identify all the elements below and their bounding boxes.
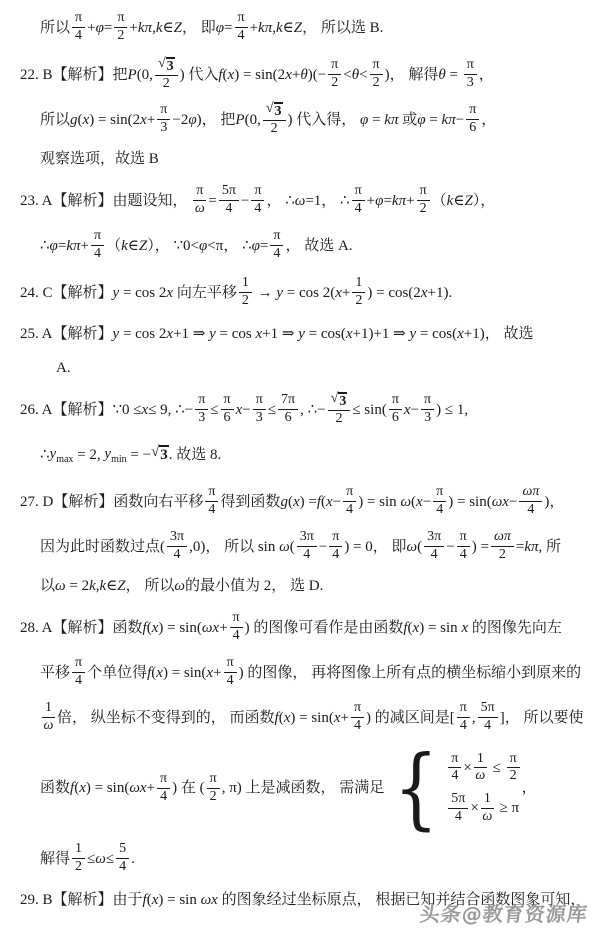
fraction-denominator: 2: [355, 293, 362, 309]
math-variable: x: [152, 619, 159, 637]
fraction: π4: [72, 11, 85, 43]
radical-sign: √: [158, 57, 166, 71]
math-variable: φ: [252, 237, 260, 255]
fraction-denominator: 4: [355, 201, 362, 217]
subscript: min: [111, 454, 127, 465]
fraction: 3π4: [167, 530, 187, 562]
text-run: ) 的图像， 再将图像上所有点的横坐标缩小到原来的: [239, 664, 582, 682]
text-run: <: [343, 66, 351, 84]
math-variable: x: [256, 325, 263, 343]
fraction-denominator: 6: [392, 410, 399, 426]
math-variable: φ: [375, 192, 383, 210]
text-run: =: [224, 19, 232, 37]
text-run: 函数: [40, 779, 70, 797]
fraction: √32: [155, 57, 178, 92]
math-variable: x: [404, 401, 411, 419]
text-run: 22. B【解析】把: [20, 66, 128, 84]
text-run: ×: [470, 799, 478, 817]
text-run: ，: [481, 111, 496, 129]
text-run: ∈: [453, 192, 464, 210]
math-variable: x: [206, 664, 213, 682]
text-run: +: [219, 619, 227, 637]
math-variable: ω: [295, 192, 306, 210]
fraction-denominator: 4: [273, 246, 280, 262]
fraction-denominator: 4: [119, 859, 126, 875]
math-variable: Z: [117, 577, 125, 595]
subscripted-variable: ymax: [50, 445, 74, 465]
text-run: 29. B【解析】由于: [20, 891, 143, 909]
fraction: π4: [352, 184, 365, 216]
fraction: π4: [448, 752, 461, 784]
fraction: π3: [195, 393, 208, 425]
fraction-numerator: 5π: [219, 184, 239, 201]
fraction-denominator: 4: [254, 201, 261, 217]
math-variable: θ: [352, 66, 359, 84]
text-run: ) 代入: [180, 66, 219, 84]
fraction: π4: [205, 485, 218, 517]
fraction-denominator: 4: [94, 246, 101, 262]
radicand: 3: [159, 445, 169, 464]
fraction-denominator: 4: [225, 201, 232, 217]
fraction-denominator: 2: [210, 789, 217, 805]
text-run: (: [290, 538, 295, 556]
text-run: A.: [56, 359, 71, 377]
text-run: =: [516, 538, 524, 556]
fraction: √32: [263, 102, 286, 137]
fraction-numerator: π: [251, 184, 264, 201]
math-variable: kπ: [66, 237, 80, 255]
fraction: π4: [457, 530, 470, 562]
text-run: , ∴−: [300, 401, 326, 419]
fraction: π3: [253, 393, 266, 425]
fraction-numerator: √3: [263, 102, 286, 121]
math-variable: θ: [438, 66, 445, 84]
math-variable: ω: [44, 719, 54, 734]
text-run: =: [368, 111, 384, 129]
text-run: ≤: [87, 850, 95, 868]
fraction-numerator: 5π: [478, 701, 498, 718]
text-run: 向左平移: [173, 284, 237, 302]
fraction-numerator: 3π: [167, 530, 187, 547]
watermark: 头条@教育资源库: [418, 898, 589, 927]
text-run: (0,: [137, 66, 153, 84]
math-variable: φ: [96, 19, 104, 37]
fraction: π3: [421, 393, 434, 425]
fraction-denominator: 3: [424, 410, 431, 426]
math-line: 解得12≤ω≤54.: [0, 836, 596, 881]
text-run: =: [208, 192, 216, 210]
text-run: ) = sin(2: [234, 66, 285, 84]
math-variable: x: [461, 619, 468, 637]
math-variable: k: [121, 237, 128, 255]
math-variable: ωx: [129, 779, 146, 797]
text-run: ≥ π: [496, 799, 519, 817]
fraction-numerator: 3π: [297, 530, 317, 547]
math-variable: x: [457, 325, 464, 343]
equation-system: {π4×1ω ≤ π25π4×1ω ≥ π: [388, 752, 521, 825]
fraction: π4: [72, 656, 85, 688]
text-run: →: [254, 284, 277, 302]
fraction-denominator: 4: [75, 673, 82, 689]
text-run: 27. D【解析】函数向右平移: [20, 493, 203, 511]
math-line: 22. B【解析】把P(0,√32) 代入f(x) = sin(2x+θ)(−π…: [0, 52, 596, 97]
fraction: π4: [224, 656, 237, 688]
fraction-numerator: 1: [42, 701, 55, 718]
text-run: −: [423, 493, 431, 511]
text-run: 所以: [40, 111, 70, 129]
fraction-numerator: π: [195, 393, 208, 410]
fraction: 1ω: [42, 701, 55, 733]
math-variable: y: [409, 325, 416, 343]
text-run: 28. A【解析】函数: [20, 619, 143, 637]
text-run: ,0)， 所以 sin: [189, 538, 279, 556]
text-run: ， 即: [182, 19, 216, 37]
text-run: ∴: [40, 237, 50, 255]
math-variable: x: [293, 493, 300, 511]
fraction-numerator: π: [253, 393, 266, 410]
text-run: )(−: [308, 66, 326, 84]
math-variable: P: [128, 66, 137, 84]
fraction: π2: [114, 11, 127, 43]
math-line: 25. A【解析】y = cos 2x+1 ⇒ y = cos x+1 ⇒ y …: [0, 317, 596, 351]
math-line: 观察选项，故选 B: [0, 142, 596, 176]
fraction-numerator: π: [72, 11, 85, 28]
text-run: +: [87, 19, 95, 37]
text-run: ,: [472, 709, 476, 727]
text-run: )， 把: [197, 111, 236, 129]
fraction-denominator: 4: [436, 502, 443, 518]
subscript: max: [56, 454, 73, 465]
text-run: +: [341, 709, 349, 727]
math-variable: ωx: [201, 891, 218, 909]
text-run: +: [250, 19, 258, 37]
fraction: 5π4: [219, 184, 239, 216]
math-variable: kπ: [392, 192, 406, 210]
math-variable: ω: [195, 202, 205, 217]
text-run: ) = sin: [358, 493, 400, 511]
text-run: <π， ∴: [207, 237, 251, 255]
text-run: −: [319, 538, 327, 556]
fraction-denominator: 2: [335, 411, 342, 427]
fraction-numerator: 1: [481, 792, 494, 809]
math-variable: ωπ: [522, 485, 539, 500]
math-variable: kπ: [524, 538, 538, 556]
fraction-denominator: ω: [482, 809, 492, 825]
math-variable: x: [79, 779, 86, 797]
text-run: ) = sin(: [448, 493, 491, 511]
math-variable: kπ: [138, 19, 152, 37]
fraction: π4: [230, 611, 243, 643]
fraction-numerator: π: [417, 184, 430, 201]
fraction-numerator: π: [235, 11, 248, 28]
sqrt-radical: √3: [266, 102, 283, 119]
fraction-numerator: π: [72, 656, 85, 673]
math-variable: y: [113, 284, 120, 302]
fraction-numerator: 5: [116, 842, 129, 859]
text-run: −: [456, 111, 464, 129]
text-run: +1)， 故选: [464, 325, 534, 343]
fraction: 5π4: [478, 701, 498, 733]
fraction-numerator: π: [114, 11, 127, 28]
fraction: 1ω: [474, 752, 487, 784]
text-run: ×: [463, 759, 471, 777]
math-variable: φ: [216, 19, 224, 37]
text-run: = cos: [216, 325, 256, 343]
fraction-numerator: π: [457, 701, 470, 718]
math-line: 以ω = 2k,k∈Z， 所以ω的最小值为 2， 选 D.: [0, 569, 596, 603]
text-run: +: [213, 664, 221, 682]
text-run: +: [81, 237, 89, 255]
text-run: （: [432, 192, 447, 210]
math-variable: kπ: [384, 111, 398, 129]
text-run: ) 在 (: [172, 779, 205, 797]
sqrt-radical: √3: [158, 57, 175, 74]
text-run: ) = sin(: [290, 709, 333, 727]
fraction: π4: [457, 701, 470, 733]
text-run: .: [131, 850, 135, 868]
math-line: 平移π4个单位得f(x) = sin(x+π4) 的图像， 再将图像上所有点的横…: [0, 650, 596, 695]
fraction-numerator: 1: [239, 276, 252, 293]
text-run: −: [411, 401, 419, 419]
fraction-numerator: π: [193, 184, 206, 201]
math-variable: y: [113, 325, 120, 343]
math-line: 所以g(x) = sin(2x+π3−2φ)， 把P(0,√32) 代入得， φ…: [0, 97, 596, 142]
fraction: 7π6: [278, 393, 298, 425]
text-run: ) 的减区间是[: [366, 709, 455, 727]
text-run: 23. A【解析】由题设知，: [20, 192, 191, 210]
fraction-denominator: 4: [455, 809, 462, 825]
fraction-denominator: 2: [117, 28, 124, 44]
math-variable: x: [421, 284, 428, 302]
text-run: ， 所以: [126, 577, 175, 595]
text-run: +: [367, 192, 375, 210]
fraction-numerator: π: [230, 611, 243, 628]
fraction-numerator: π: [507, 752, 520, 769]
math-variable: Z: [139, 237, 147, 255]
text-run: +: [147, 111, 155, 129]
text-run: ≤ sin(: [352, 401, 386, 419]
fraction: π4: [351, 701, 364, 733]
fraction-denominator: ω: [195, 201, 205, 217]
math-variable: k: [100, 577, 107, 595]
text-run: =: [58, 237, 66, 255]
system-rows: π4×1ω ≤ π25π4×1ω ≥ π: [446, 752, 521, 825]
text-run: = cos(: [305, 325, 346, 343]
fraction-numerator: π: [207, 772, 220, 789]
math-variable: φ: [199, 237, 207, 255]
math-variable: x: [413, 619, 420, 637]
text-run: +: [406, 192, 414, 210]
math-variable: x: [166, 325, 173, 343]
sqrt-radical: √3: [151, 445, 169, 464]
text-run: . 故选 8.: [169, 446, 222, 464]
radicand: 3: [338, 392, 347, 409]
fraction-denominator: 4: [332, 547, 339, 563]
fraction-numerator: 7π: [278, 393, 298, 410]
fraction: π2: [370, 58, 383, 90]
fraction-numerator: π: [370, 58, 383, 75]
text-run: ∈: [283, 19, 294, 37]
math-variable: y: [298, 325, 305, 343]
math-variable: ωx: [492, 493, 509, 511]
fraction: π6: [389, 393, 402, 425]
fraction-denominator: 2: [271, 121, 278, 137]
fraction-denominator: 6: [224, 410, 231, 426]
system-row: π4×1ω ≤ π2: [446, 752, 521, 784]
text-run: ) = sin(: [163, 664, 206, 682]
math-variable: x: [166, 284, 173, 302]
fraction-denominator: 3: [467, 75, 474, 91]
text-run: −: [446, 538, 454, 556]
fraction: π2: [328, 58, 341, 90]
text-run: +1)+1 ⇒: [353, 325, 410, 343]
math-line: 函数f(x) = sin(ωx+π4) 在 (π2, π) 上是减函数， 需满足…: [0, 740, 596, 836]
text-run: ) =: [472, 538, 489, 556]
brace-icon: {: [394, 753, 439, 823]
text-run: 25. A【解析】: [20, 325, 113, 343]
fraction: π4: [91, 229, 104, 261]
text-run: 的图像先向左: [468, 619, 562, 637]
fraction-denominator: 4: [238, 28, 245, 44]
fraction-numerator: π: [433, 485, 446, 502]
text-run: +: [292, 66, 300, 84]
text-run: ≤: [210, 401, 218, 419]
fraction-denominator: 4: [431, 547, 438, 563]
fraction-denominator: 4: [174, 547, 181, 563]
fraction-denominator: 3: [160, 120, 167, 136]
text-run: =1， ∴: [305, 192, 349, 210]
math-line: 28. A【解析】函数f(x) = sin(ωx+π4) 的图像可看作是由函数f…: [0, 605, 596, 650]
text-run: 24. C【解析】: [20, 284, 113, 302]
fraction-denominator: 2: [373, 75, 380, 91]
fraction-denominator: 4: [527, 502, 534, 518]
math-line: ∴φ=kπ+π4（k∈Z）， ∵0<φ<π， ∴φ=π4， 故选 A.: [0, 223, 596, 268]
fraction-numerator: ωπ: [491, 530, 514, 547]
math-variable: ω: [279, 538, 290, 556]
text-run: =: [446, 66, 462, 84]
text-run: ≤: [489, 759, 505, 777]
text-run: ， 故选 A.: [285, 237, 352, 255]
text-run: 所以: [40, 19, 70, 37]
text-run: +: [342, 284, 350, 302]
text-run: = cos 2(: [283, 284, 335, 302]
fraction-denominator: 4: [346, 502, 353, 518]
fraction: 54: [116, 842, 129, 874]
math-variable: g: [70, 111, 78, 129]
math-variable: x: [152, 891, 159, 909]
fraction-denominator: 4: [451, 768, 458, 784]
text-run: (0,: [245, 111, 261, 129]
math-variable: k: [89, 577, 96, 595]
text-run: , π) 上是减函数， 需满足: [222, 779, 385, 797]
fraction-numerator: 1: [72, 842, 85, 859]
fraction: π2: [507, 752, 520, 784]
math-variable: y: [276, 284, 283, 302]
text-run: −: [242, 401, 250, 419]
fraction-numerator: π: [389, 393, 402, 410]
fraction: 5π4: [448, 792, 468, 824]
text-run: =: [426, 111, 442, 129]
fraction: 12: [239, 276, 252, 308]
text-run: =: [104, 19, 112, 37]
text-run: 个单位得: [87, 664, 147, 682]
text-run: −: [333, 493, 341, 511]
math-variable: ω: [407, 538, 418, 556]
fraction: π4: [343, 485, 356, 517]
math-variable: φ: [50, 237, 58, 255]
math-variable: ωx: [202, 619, 219, 637]
text-run: ，: [522, 779, 537, 797]
math-variable: kπ: [442, 111, 456, 129]
fraction: π2: [417, 184, 430, 216]
math-line: 因为此时函数过点(3π4,0)， 所以 sin ω(3π4−π4) = 0， 即…: [0, 524, 596, 569]
text-run: +: [129, 19, 137, 37]
fraction-denominator: ω: [475, 768, 485, 784]
text-run: = cos 2: [119, 325, 166, 343]
fraction: πω: [193, 184, 206, 216]
text-run: ) = cos(2: [367, 284, 420, 302]
math-variable: φ: [188, 111, 196, 129]
math-line: 23. A【解析】由题设知， πω=5π4−π4， ∴ω=1， ∴π4+φ=kπ…: [0, 178, 596, 223]
text-run: +1).: [427, 284, 452, 302]
fraction-denominator: 4: [484, 718, 491, 734]
math-variable: ω: [95, 850, 106, 868]
text-run: 或: [398, 111, 417, 129]
text-run: 26. A【解析】∵0 ≤: [20, 401, 142, 419]
text-run: ≤: [106, 850, 114, 868]
radical-sign: √: [266, 102, 274, 116]
math-variable: x: [285, 66, 292, 84]
math-variable: ω: [55, 577, 66, 595]
fraction: π6: [221, 393, 234, 425]
fraction-denominator: 4: [303, 547, 310, 563]
fraction-denominator: 2: [163, 76, 170, 92]
text-run: −2: [172, 111, 188, 129]
text-run: ， ∴: [266, 192, 294, 210]
fraction: π2: [207, 772, 220, 804]
fraction-numerator: π: [448, 752, 461, 769]
text-run: 倍， 纵坐标不变得到的， 而函数: [57, 709, 275, 727]
text-run: 观察选项，故选 B: [40, 150, 159, 168]
math-variable: x: [416, 493, 423, 511]
math-variable: Z: [294, 19, 302, 37]
math-line: A.: [0, 351, 596, 385]
math-variable: x: [140, 111, 147, 129]
fraction-denominator: 4: [160, 789, 167, 805]
text-run: ) =: [300, 493, 317, 511]
math-variable: k: [447, 192, 454, 210]
text-run: =: [383, 192, 391, 210]
fraction-numerator: π: [343, 485, 356, 502]
fraction: 3π4: [297, 530, 317, 562]
fraction-numerator: 3π: [424, 530, 444, 547]
fraction: π4: [235, 11, 248, 43]
fraction: 12: [72, 842, 85, 874]
text-run: ) 的图像可看作是由函数: [245, 619, 404, 637]
fraction: π4: [251, 184, 264, 216]
fraction-numerator: π: [221, 393, 234, 410]
solution-lines: 所以π4+φ=π2+kπ,k∈Z， 即φ=π4+kπ,k∈Z， 所以选 B.22…: [0, 0, 596, 917]
text-run: = cos 2: [119, 284, 166, 302]
text-run: （: [106, 237, 121, 255]
text-run: =: [260, 237, 268, 255]
text-run: +1 ⇒: [173, 325, 209, 343]
fraction-numerator: π: [328, 58, 341, 75]
text-run: ≤: [268, 401, 276, 419]
fraction: π3: [464, 58, 477, 90]
fraction-denominator: 3: [198, 410, 205, 426]
fraction: π3: [157, 103, 170, 135]
